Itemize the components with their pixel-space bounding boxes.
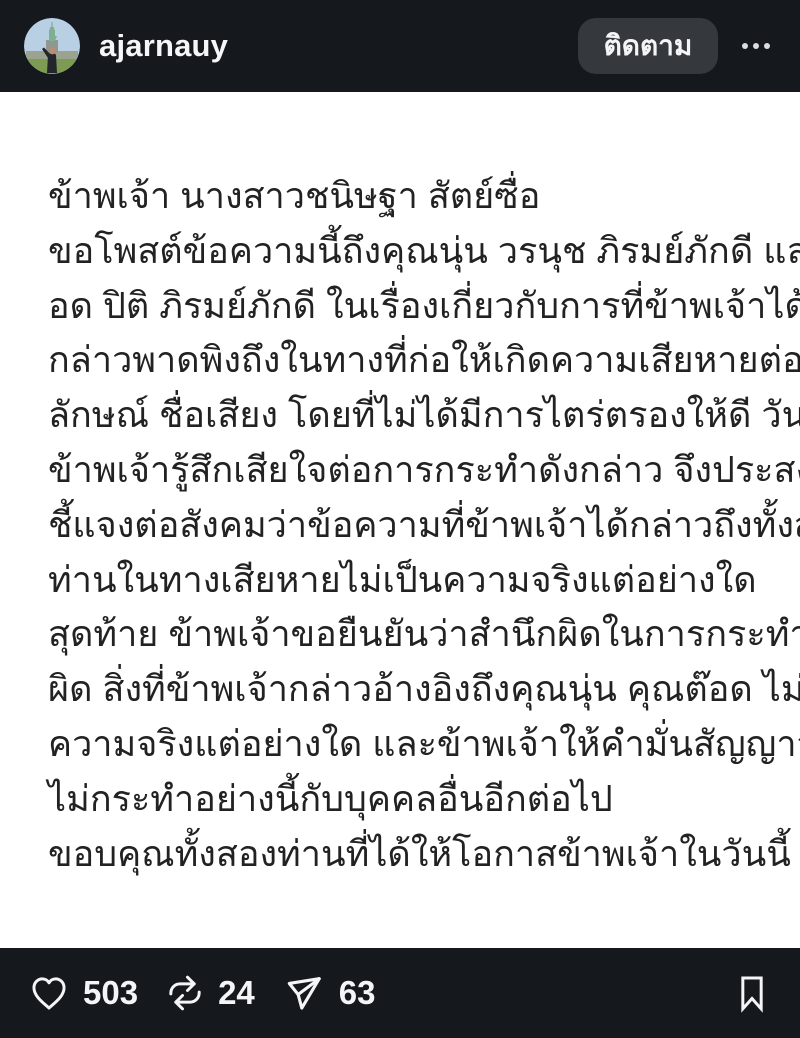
- avatar[interactable]: [24, 18, 80, 74]
- more-options-icon[interactable]: [740, 33, 772, 59]
- repost-count: 24: [218, 974, 255, 1012]
- like-count: 503: [83, 974, 138, 1012]
- post-text-line: ท่านในทางเสียหายไม่เป็นความจริงแต่อย่างใ…: [48, 553, 766, 608]
- post-text-line: ลักษณ์ ชื่อเสียง โดยที่ไม่ได้มีการไตร่ตร…: [48, 388, 766, 443]
- bookmark-button[interactable]: [732, 970, 772, 1016]
- username[interactable]: ajarnauy: [99, 28, 228, 64]
- post-text-line: กล่าวพาดพิงถึงในทางที่ก่อให้เกิดความเสีย…: [48, 333, 766, 388]
- like-button[interactable]: 503: [28, 972, 138, 1014]
- paper-plane-icon: [282, 971, 326, 1015]
- post-text-line: ขอบคุณทั้งสองท่านที่ได้ให้โอกาสข้าพเจ้าใ…: [48, 827, 766, 882]
- share-count: 63: [339, 974, 376, 1012]
- post-text-line: สุดท้าย ข้าพเจ้าขอยืนยันว่าสำนึกผิดในการ…: [48, 607, 766, 662]
- repost-arrows-icon: [165, 973, 205, 1013]
- post-action-bar: 503 24 63: [0, 948, 800, 1038]
- post-detail-screen: ajarnauy ติดตาม ข้าพเจ้า นางสาวชนิษฐา สั…: [0, 0, 800, 1038]
- post-text-line: ความจริงแต่อย่างใด และข้าพเจ้าให้คำมั่นส…: [48, 717, 766, 772]
- post-text-line: ข้าพเจ้ารู้สึกเสียใจต่อการกระทำดังกล่าว …: [48, 443, 766, 498]
- post-text-line: ขอโพสต์ข้อความนี้ถึงคุณนุ่น วรนุช ภิรมย์…: [48, 224, 766, 279]
- statue-of-liberty-photo: [24, 18, 80, 74]
- post-text-line: ผิด สิ่งที่ข้าพเจ้ากล่าวอ้างอิงถึงคุณนุ่…: [48, 662, 766, 717]
- bookmark-icon: [732, 970, 772, 1016]
- post-body: ข้าพเจ้า นางสาวชนิษฐา สัตย์ซื่อ ขอโพสต์ข…: [0, 92, 800, 948]
- post-header-bar: ajarnauy ติดตาม: [0, 0, 800, 92]
- share-button[interactable]: 63: [282, 971, 376, 1015]
- post-text-line: ไม่กระทำอย่างนี้กับบุคคลอื่นอีกต่อไป: [48, 772, 766, 827]
- follow-button[interactable]: ติดตาม: [578, 18, 718, 74]
- post-text-line: อด ปิติ ภิรมย์ภักดี ในเรื่องเกี่ยวกับการ…: [48, 279, 766, 334]
- post-text-line: ชี้แจงต่อสังคมว่าข้อความที่ข้าพเจ้าได้กล…: [48, 498, 766, 553]
- post-text-line: ข้าพเจ้า นางสาวชนิษฐา สัตย์ซื่อ: [48, 169, 766, 224]
- heart-icon: [28, 972, 70, 1014]
- repost-button[interactable]: 24: [165, 973, 255, 1013]
